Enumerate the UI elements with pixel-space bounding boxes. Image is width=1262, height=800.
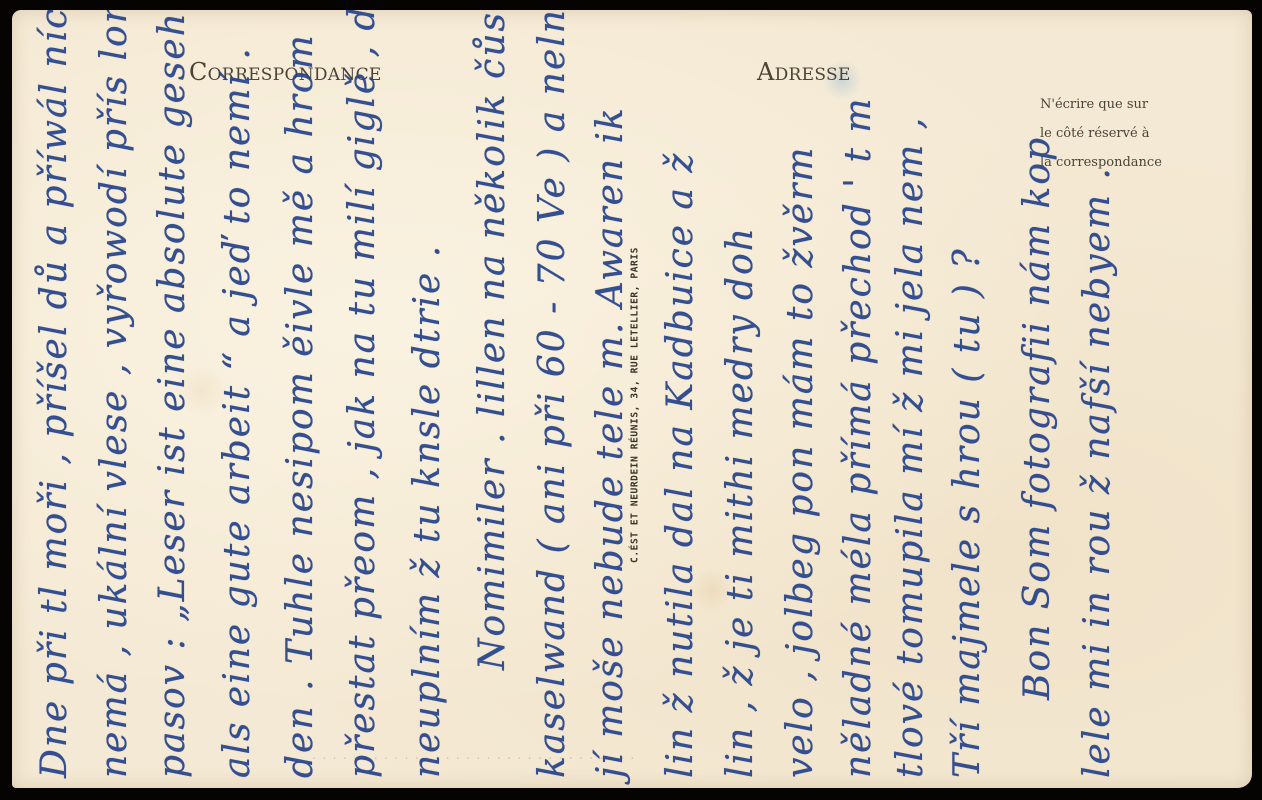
postcard-scan: Correspondance Adresse N'écrire que sur … (0, 0, 1262, 800)
handwritten-line: als eine gute arbeit “ a jeď to nemí . (217, 46, 258, 778)
notice-line: la correspondance (1040, 148, 1205, 177)
handwritten-line: tlové tomupila mí ž mi jela nem , (890, 116, 931, 778)
handwritten-line: lin , ž je ti mithi medry doh (720, 226, 761, 778)
handwritten-line: neuplním ž tu knsle dtrie . (407, 244, 448, 778)
handwritten-line: jí moše nebude tele m. Awaren ik (590, 106, 631, 778)
notice-line: le côté réservé à (1040, 119, 1205, 148)
handwritten-line: pasov : „Leser ist eine absolute gesehel… (152, 10, 193, 778)
handwritten-line: přestat přeom , jak na tu milí giglě , d… (342, 10, 383, 778)
handwritten-line: něladné méla přímá přechod ' t m (838, 96, 879, 778)
publisher-imprint: C.ÉST ET NEURDEIN RÉUNIS, 34, RUE LETELL… (630, 247, 641, 563)
handwritten-line: kaselwand ( ani při 60 - 70 Ve ) a nelně… (532, 10, 573, 778)
handwritten-line: Dne při tl moři , příšel dů a příwál níc (34, 10, 75, 778)
address-header: Adresse (757, 58, 851, 86)
handwritten-line: Bon Som fotografii nám kop (1017, 136, 1058, 700)
stamp-area-notice: N'écrire que sur le côté réservé à la co… (1040, 90, 1205, 177)
notice-line: N'écrire que sur (1040, 90, 1205, 119)
handwritten-line: velo , jolbeg pon mám to žvěrm (780, 146, 821, 778)
handwritten-line: nemá , ukální vlese , vyřowodí přís loni (94, 10, 135, 778)
postcard-back: Correspondance Adresse N'écrire que sur … (12, 10, 1252, 788)
handwritten-line: den . Tuhle nesipom ěivle mě a hrom (280, 33, 321, 778)
handwritten-line: lin ž nutila dal na Kadbuice a ž (660, 152, 701, 778)
handwritten-line: Nomimiler . lillen na několik čůstků (472, 10, 513, 670)
handwritten-line: lele mi in rou ž nafší nebyem . (1077, 166, 1118, 778)
handwritten-line: Tří majmele s hrou ( tu ) ? (947, 247, 988, 778)
